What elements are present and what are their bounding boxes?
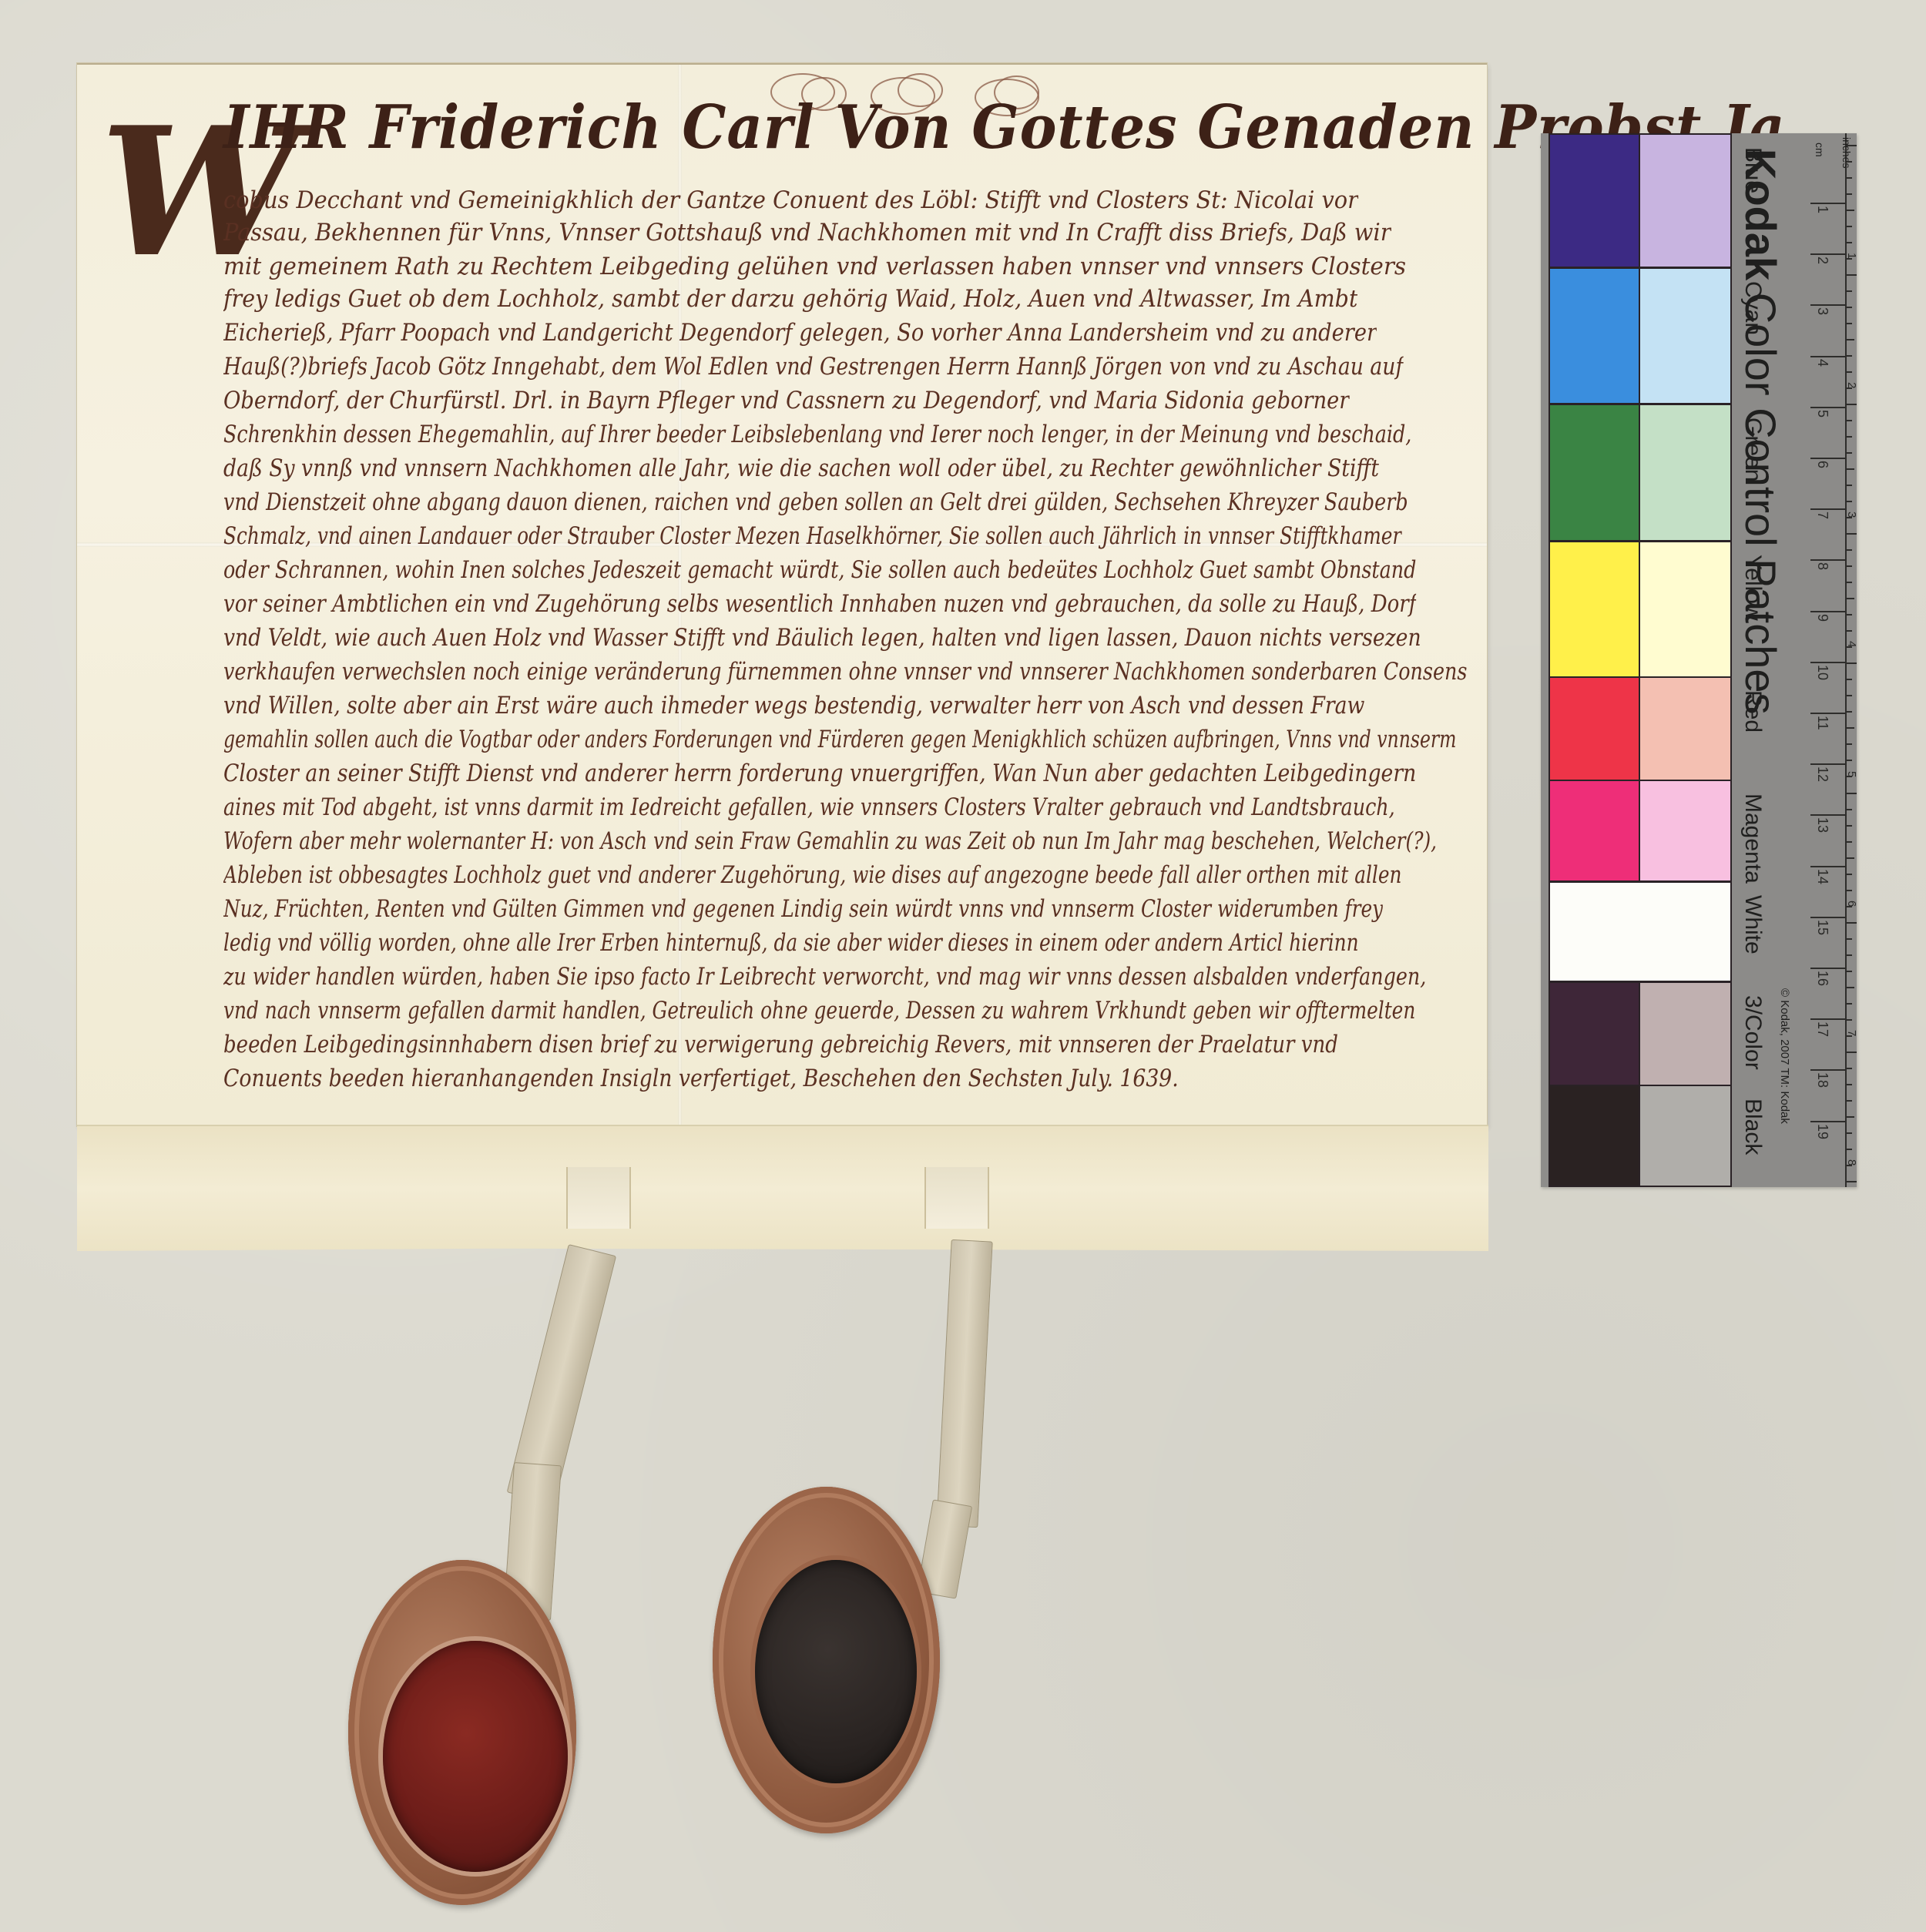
patch-label: White: [1740, 895, 1766, 954]
inch-tick: [1847, 242, 1852, 243]
text-line: aines mit Tod abgeht, ist vnns darmit im…: [223, 792, 1395, 823]
inch-tick: [1847, 1068, 1852, 1069]
patch-3-color-solid: [1549, 981, 1640, 1085]
patch-white: [1549, 881, 1732, 982]
patch-label: 3/Color: [1740, 995, 1766, 1070]
cm-tick: [1810, 713, 1846, 714]
inch-tick: [1847, 598, 1854, 599]
cm-tick-label: 5: [1814, 410, 1830, 418]
text-line: vor seiner Ambtlichen ein vnd Zugehörung…: [223, 589, 1416, 619]
inch-tick: [1847, 662, 1857, 664]
text-line: ledig vnd völlig worden, ohne alle Irer …: [223, 927, 1359, 958]
inch-tick: [1847, 695, 1852, 696]
inch-tick: [1847, 1181, 1857, 1182]
inch-tick: [1847, 1052, 1857, 1053]
cm-tick-label: 10: [1814, 665, 1830, 680]
decorated-initial: W: [100, 77, 231, 308]
cm-tick-label: 3: [1814, 307, 1830, 315]
inches-label: inches: [1840, 137, 1853, 168]
inch-tick: [1847, 226, 1852, 227]
cm-tick-label: 8: [1814, 562, 1830, 570]
inch-tick: [1847, 890, 1852, 891]
inch-tick: [1847, 565, 1852, 567]
cm-tick: [1810, 917, 1846, 918]
inch-tick: [1847, 938, 1852, 940]
red-wax-seal: [383, 1641, 568, 1872]
text-line: Schrenkhin dessen Ehegemahlin, auf Ihrer…: [223, 419, 1411, 450]
inch-tick-label: 3: [1845, 512, 1858, 518]
seal-capsule-left: [348, 1560, 576, 1905]
inch-tick: [1847, 452, 1852, 454]
text-line: cobus Decchant vnd Gemeinigkhlich der Ga…: [223, 185, 1358, 216]
cm-tick: [1810, 304, 1846, 306]
patch-green-solid: [1549, 404, 1640, 542]
cm-tick: [1810, 356, 1846, 357]
text-line: oder Schrannen, wohin Inen solches Jedes…: [223, 555, 1416, 585]
text-line: Hauß(?)briefs Jacob Götz Inngehabt, dem …: [223, 351, 1403, 382]
patch-green-tint: [1639, 404, 1732, 542]
patch-magenta-solid: [1549, 780, 1640, 882]
patch-label: Cyan: [1740, 281, 1766, 335]
inch-tick: [1847, 436, 1852, 438]
patch-black-tint: [1639, 1085, 1732, 1187]
inch-tick: [1847, 922, 1857, 924]
cm-tick-label: 14: [1814, 869, 1830, 884]
copyright-text: © Kodak, 2007 TM: Kodak: [1778, 988, 1791, 1124]
inch-tick: [1847, 323, 1852, 324]
inch-tick: [1847, 841, 1852, 843]
inch-tick: [1847, 857, 1854, 859]
patch-3-color-tint: [1639, 981, 1732, 1085]
cm-tick-label: 16: [1814, 971, 1830, 986]
patch-cyan-solid: [1549, 267, 1640, 404]
inch-tick: [1847, 210, 1854, 211]
inch-tick: [1847, 1132, 1852, 1134]
inch-tick: [1847, 1116, 1854, 1118]
inch-tick: [1847, 290, 1852, 292]
inch-tick: [1847, 760, 1852, 761]
text-line: vnd Willen, solte aber ain Erst wäre auc…: [223, 690, 1364, 721]
cm-tick-label: 15: [1814, 920, 1830, 935]
inch-tick: [1847, 533, 1857, 535]
text-line: beeden Leibgedingsinnhabern disen brief …: [223, 1029, 1338, 1060]
cm-tick-label: 11: [1814, 716, 1830, 730]
inch-tick: [1847, 371, 1852, 373]
text-line: Nuz, Früchten, Renten vnd Gülten Gimmen …: [223, 894, 1383, 924]
inch-tick: [1847, 420, 1852, 421]
inch-tick: [1847, 711, 1852, 713]
cm-tick: [1810, 662, 1846, 663]
inch-tick-label: 2: [1845, 382, 1858, 388]
inch-tick: [1847, 987, 1854, 988]
inch-tick: [1847, 307, 1852, 308]
seal-strap: [936, 1239, 992, 1528]
black-wax-seal: [755, 1560, 917, 1783]
text-line: Closter an seiner Stifft Dienst vnd ande…: [223, 758, 1416, 789]
cm-tick: [1810, 1018, 1846, 1020]
cm-tick: [1810, 1069, 1846, 1071]
patch-cyan-tint: [1639, 267, 1732, 404]
text-line: vnd nach vnnserm gefallen darmit handlen…: [223, 995, 1415, 1026]
cm-tick-label: 6: [1814, 461, 1830, 468]
inch-tick: [1847, 743, 1852, 745]
inch-tick: [1847, 1084, 1852, 1085]
inch-tick: [1847, 971, 1852, 972]
inch-tick: [1847, 193, 1852, 195]
inch-tick: [1847, 145, 1857, 146]
cm-tick-label: 18: [1814, 1072, 1830, 1088]
text-line: verkhaufen verwechslen noch einige verän…: [223, 656, 1467, 687]
text-line: zu wider handlen würden, haben Sie ipso …: [223, 961, 1426, 992]
cm-tick: [1810, 407, 1846, 408]
cm-tick: [1810, 559, 1846, 561]
cm-tick: [1810, 203, 1846, 204]
cm-tick-label: 7: [1814, 512, 1830, 519]
cm-tick-label: 19: [1814, 1124, 1830, 1139]
patch-label: Green: [1740, 418, 1766, 481]
text-line: gemahlin sollen auch die Vogtbar oder an…: [223, 724, 1457, 755]
text-line: mit gemeinem Rath zu Rechtem Leibgeding …: [223, 251, 1406, 282]
cm-tick-label: 2: [1814, 257, 1830, 264]
text-line: Wofern aber mehr wolernanter H: von Asch…: [223, 826, 1437, 857]
cm-tick: [1810, 253, 1846, 255]
inch-tick: [1847, 1003, 1852, 1005]
patch-magenta-tint: [1639, 780, 1732, 882]
text-line: vnd Veldt, wie auch Auen Holz vnd Wasser…: [223, 622, 1421, 653]
cm-tick: [1810, 814, 1846, 816]
cm-tick: [1810, 508, 1846, 510]
patch-yellow-tint: [1639, 541, 1732, 678]
cm-tick-label: 17: [1814, 1021, 1830, 1037]
cm-tick-label: 9: [1814, 614, 1830, 622]
color-patch-grid: [1549, 133, 1732, 1187]
cm-tick: [1810, 763, 1846, 765]
inch-tick: [1847, 501, 1852, 502]
patch-label: Magenta: [1740, 793, 1766, 884]
seal-strap-slot: [924, 1167, 989, 1229]
cm-tick: [1810, 458, 1846, 459]
card-title: Color Control Patches: [1736, 293, 1785, 715]
inch-tick: [1847, 404, 1857, 405]
patch-blue-tint: [1639, 133, 1732, 268]
inch-tick: [1847, 825, 1852, 827]
patch-black-solid: [1549, 1085, 1640, 1187]
inch-tick: [1847, 1100, 1852, 1102]
kodak-color-control-card: Kodak Color Control Patches cm inches © …: [1541, 133, 1857, 1187]
text-line: Oberndorf, der Churfürstl. Drl. in Bayrn…: [223, 385, 1349, 416]
inch-tick: [1847, 468, 1854, 470]
inch-tick-label: 7: [1845, 1030, 1858, 1036]
inch-tick: [1847, 582, 1852, 583]
inch-tick: [1847, 339, 1854, 340]
text-line: Conuents beeden hieranhangenden Insigln …: [223, 1063, 1179, 1094]
inch-tick: [1847, 1019, 1852, 1021]
text-line: Eicherieß, Pfarr Poopach vnd Landgericht…: [223, 317, 1377, 348]
cm-tick: [1810, 611, 1846, 612]
text-line: Passau, Bekhennen für Vnns, Vnnser Gotts…: [223, 217, 1391, 248]
cm-tick-label: 4: [1814, 359, 1830, 367]
inch-tick: [1847, 549, 1852, 551]
inch-tick: [1847, 874, 1852, 875]
charter-heading: IHR Friderich Carl Von Gottes Genaden Pr…: [223, 92, 1371, 163]
inch-tick: [1847, 1149, 1852, 1150]
patch-yellow-solid: [1549, 541, 1640, 678]
inch-tick: [1847, 177, 1852, 179]
inch-tick-label: 1: [1845, 253, 1858, 259]
patch-red-tint: [1639, 676, 1732, 780]
patch-label: Blue: [1740, 147, 1766, 193]
text-line: Schmalz, vnd ainen Landauer oder Straube…: [223, 521, 1401, 552]
text-line: daß Sy vnnß vnd vnnsern Nachkhomen alle …: [223, 453, 1379, 484]
cm-tick-label: 1: [1814, 206, 1830, 213]
charter-plica-fold: [77, 1125, 1488, 1251]
text-line: frey ledigs Guet ob dem Lochholz, sambt …: [223, 283, 1357, 314]
inch-tick: [1847, 954, 1852, 956]
inch-tick: [1847, 630, 1852, 632]
inch-tick: [1847, 727, 1854, 729]
cm-tick: [1810, 1121, 1846, 1122]
cm-label: cm: [1814, 143, 1826, 157]
cm-tick: [1810, 866, 1846, 867]
inch-tick-label: 4: [1845, 641, 1858, 647]
patch-blue-solid: [1549, 133, 1640, 268]
cm-tick: [1810, 968, 1846, 969]
cm-tick-label: 12: [1814, 766, 1830, 782]
inch-tick: [1847, 809, 1852, 810]
inch-tick: [1847, 485, 1852, 486]
inch-tick: [1847, 614, 1852, 615]
patch-label: Red: [1740, 690, 1766, 733]
inch-tick: [1847, 355, 1852, 357]
inch-tick: [1847, 793, 1857, 794]
inch-tick: [1847, 679, 1852, 680]
inch-tick-label: 6: [1845, 901, 1858, 907]
patch-label: Black: [1740, 1098, 1766, 1155]
inch-tick-label: 8: [1845, 1159, 1858, 1166]
seal-capsule-right: [713, 1487, 940, 1833]
patch-label: Yellow: [1740, 555, 1766, 621]
patch-red-solid: [1549, 676, 1640, 780]
seal-strap-slot: [566, 1167, 631, 1229]
inch-tick: [1847, 274, 1857, 276]
inch-tick-label: 5: [1845, 771, 1858, 777]
cm-tick-label: 13: [1814, 817, 1830, 833]
inch-tick: [1847, 161, 1852, 163]
text-line: vnd Dienstzeit ohne abgang dauon dienen,…: [223, 487, 1408, 518]
text-line: Ableben ist obbesagtes Lochholz guet vnd…: [223, 860, 1402, 891]
